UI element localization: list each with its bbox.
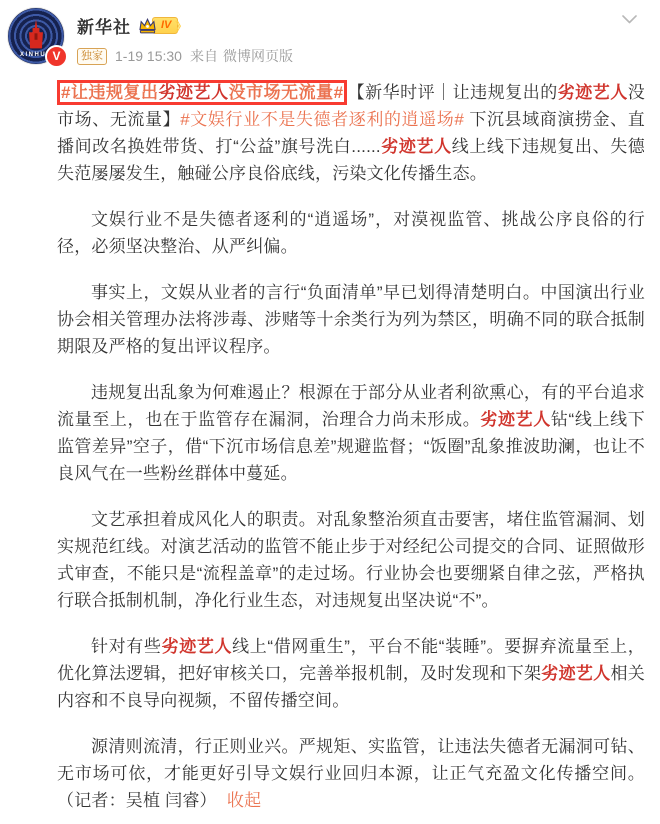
post-paragraph: 文艺承担着成风化人的职责。对乱象整治须直击要害，堵住监管漏洞、划实规范红线。对演… [57, 506, 645, 614]
vip-chevron-icon: 》 [175, 18, 186, 34]
post-source-link[interactable]: 微博网页版 [223, 46, 293, 66]
hashtag-link[interactable]: 没市场无流量# [229, 83, 344, 102]
exclusive-badge: 独家 [77, 48, 107, 65]
meta-row: 独家 1-19 15:30 来自 微博网页版 [77, 46, 293, 66]
highlight-annotation-box: #让违规复出劣迹艺人没市场无流量# [57, 80, 347, 105]
verified-badge: V [45, 45, 68, 68]
post-body: #让违规复出劣迹艺人没市场无流量#【新华时评｜让违规复出的劣迹艺人没市场、无流量… [57, 79, 645, 814]
text-segment: 文娱行业不是失德者逐利的“逍遥场”，对漠视监管、挑战公序良俗的行径，必须坚决整治… [57, 210, 645, 256]
chevron-down-icon[interactable] [621, 14, 638, 25]
weibo-post: XINHUA V 新华社 IV 》 独家 1-19 15:30 [0, 0, 660, 824]
username[interactable]: 新华社 [77, 13, 131, 38]
red-emphasis-text: 劣迹艺人 [541, 664, 610, 683]
red-emphasis-text: 劣迹艺人 [558, 83, 628, 102]
red-emphasis-text: 劣迹艺人 [159, 83, 229, 102]
source-prefix-label: 来自 [190, 46, 218, 66]
name-row: 新华社 IV 》 [77, 13, 293, 38]
text-segment: 事实上，文娱从业者的言行“负面清单”早已划得清楚明白。中国演出行业协会相关管理办… [57, 283, 645, 356]
post-paragraph: 文娱行业不是失德者逐利的“逍遥场”，对漠视监管、挑战公序良俗的行径，必须坚决整治… [57, 206, 645, 260]
avatar[interactable]: XINHUA V [8, 8, 64, 64]
post-paragraph: 针对有些劣迹艺人线上“借网重生”，平台不能“装睡”。要摒弃流量至上，优化算法逻辑… [57, 633, 645, 714]
hashtag-link[interactable]: #让违规复出 [61, 83, 159, 102]
post-paragraph: 事实上，文娱从业者的言行“负面清单”早已划得清楚明白。中国演出行业协会相关管理办… [57, 279, 645, 360]
post-paragraph: #让违规复出劣迹艺人没市场无流量#【新华时评｜让违规复出的劣迹艺人没市场、无流量… [57, 79, 645, 187]
collapse-link[interactable]: 收起 [227, 791, 261, 810]
text-segment: 文艺承担着成风化人的职责。对乱象整治须直击要害，堵住监管漏洞、划实规范红线。对演… [57, 510, 645, 610]
text-segment: 【新华时评｜让违规复出的 [347, 83, 557, 102]
header-main: 新华社 IV 》 独家 1-19 15:30 来自 微博网页版 [77, 8, 293, 66]
hashtag-link[interactable]: #文娱行业不是失德者逐利的逍遥场# [180, 110, 464, 129]
tower-icon [23, 20, 49, 50]
post-timestamp[interactable]: 1-19 15:30 [115, 48, 182, 64]
red-emphasis-text: 劣迹艺人 [162, 637, 233, 656]
red-emphasis-text: 劣迹艺人 [381, 137, 452, 156]
post-paragraph: 源清则流清，行正则业兴。严规矩、实监管，让违法失德者无漏洞可钻、无市场可依，才能… [57, 733, 645, 814]
text-segment: 源清则流清，行正则业兴。严规矩、实监管，让违法失德者无漏洞可钻、无市场可依，才能… [57, 737, 645, 810]
red-emphasis-text: 劣迹艺人 [480, 410, 551, 429]
text-segment: 针对有些 [91, 637, 162, 656]
post-header: XINHUA V 新华社 IV 》 独家 1-19 15:30 [0, 8, 660, 66]
crown-icon [138, 18, 157, 34]
post-paragraph: 违规复出乱象为何难遏止？根源在于部分从业者利欲熏心，有的平台追求流量至上，也在于… [57, 379, 645, 487]
